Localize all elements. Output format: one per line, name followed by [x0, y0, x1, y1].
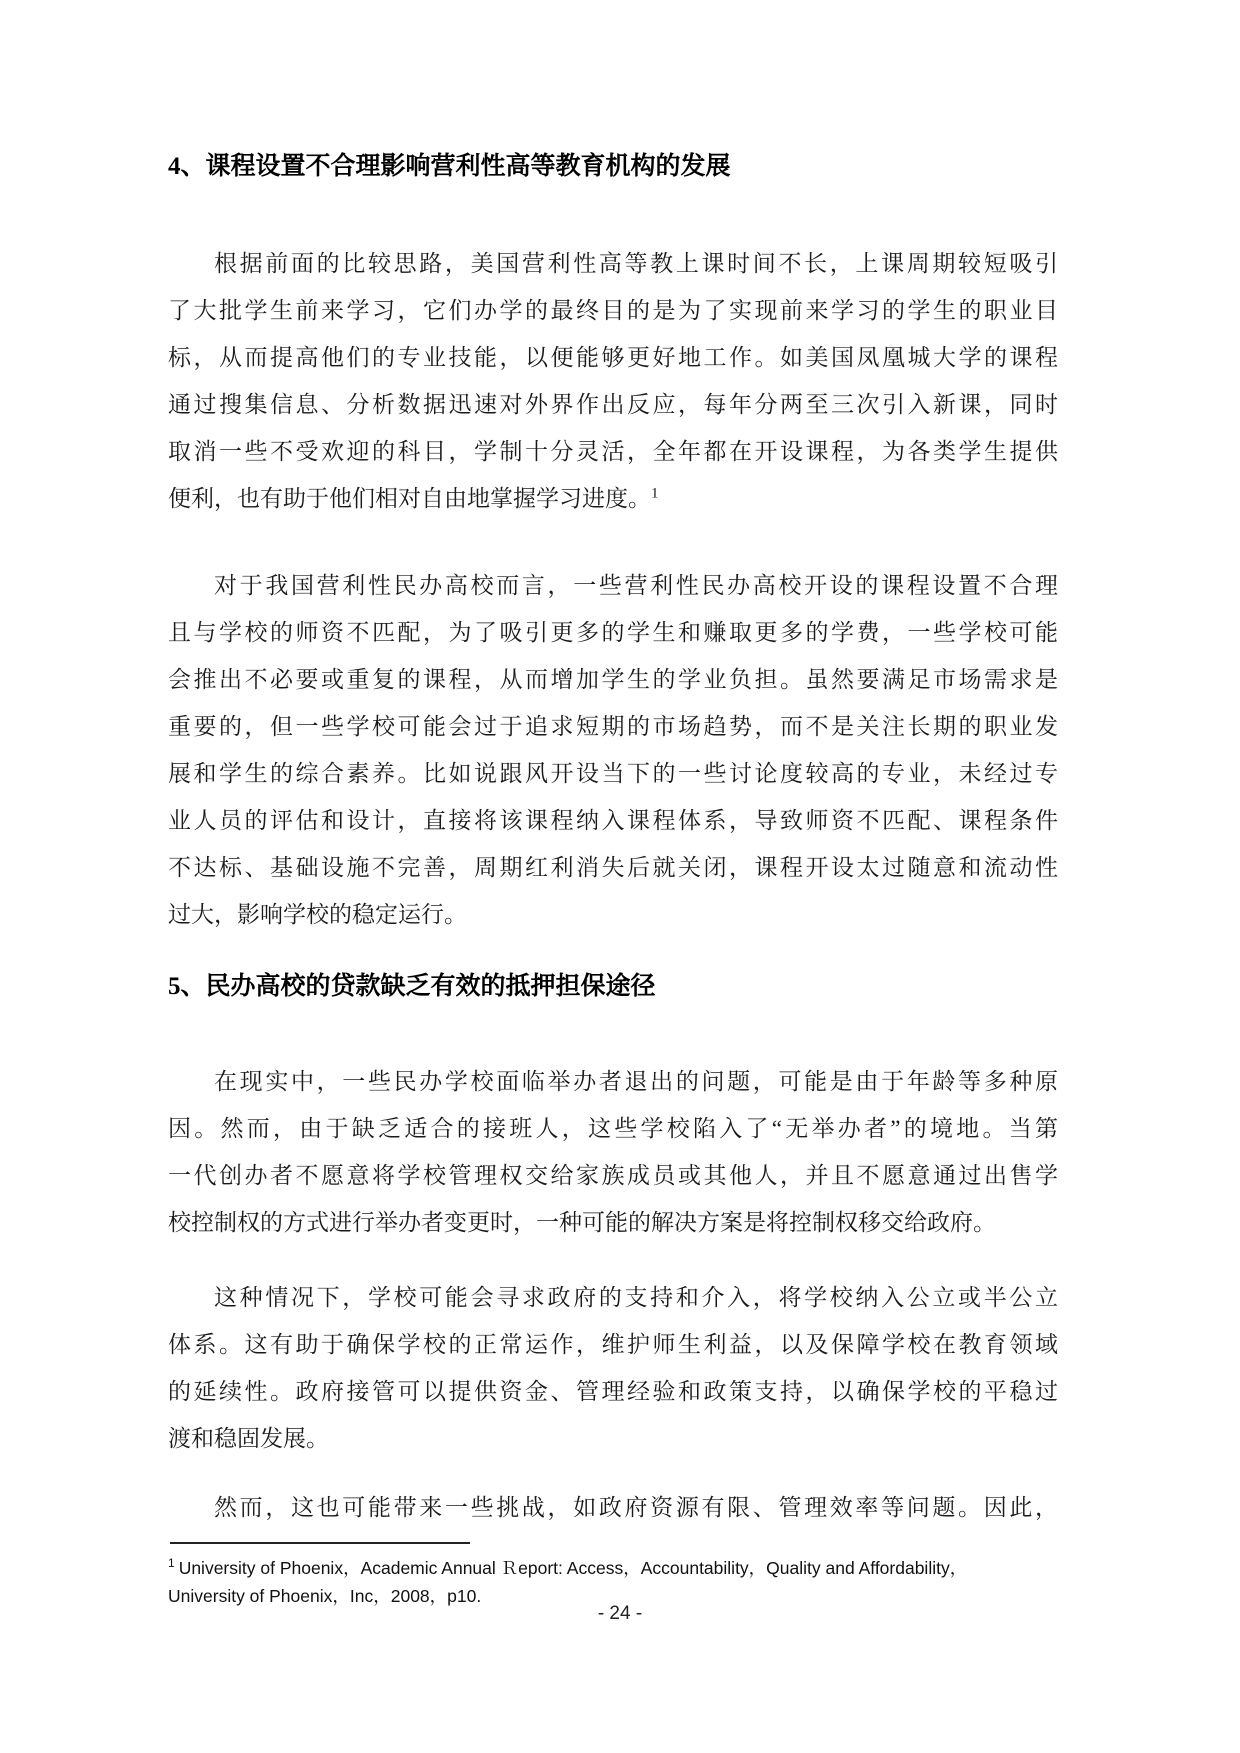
text-line: 通过搜集信息、分析数据迅速对外界作出反应，每年分两至三次引入新课，同时 — [168, 381, 1058, 428]
paragraph: 根据前面的比较思路，美国营利性高等教上课时间不长，上课周期较短吸引了大批学生前来… — [168, 240, 1058, 522]
footnote-text: University of Phoenix，Academic Annual Ｒe… — [179, 1558, 968, 1578]
text-line: 便利，也有助于他们相对自由地掌握学习进度。1 — [168, 475, 1058, 522]
text-line: 这种情况下，学校可能会寻求政府的支持和介入，将学校纳入公立或半公立 — [168, 1274, 1058, 1321]
document-page: 4、课程设置不合理影响营利性高等教育机构的发展 根据前面的比较思路，美国营利性高… — [0, 0, 1240, 1753]
text-line: 在现实中，一些民办学校面临举办者退出的问题，可能是由于年龄等多种原 — [168, 1058, 1058, 1105]
text-line: 体系。这有助于确保学校的正常运作，维护师生利益，以及保障学校在教育领域 — [168, 1321, 1058, 1368]
text-line: 根据前面的比较思路，美国营利性高等教上课时间不长，上课周期较短吸引 — [168, 240, 1058, 287]
text-line: 一代创办者不愿意将学校管理权交给家族成员或其他人，并且不愿意通过出售学 — [168, 1152, 1058, 1199]
text-line: 重要的，但一些学校可能会过于追求短期的市场趋势，而不是关注长期的职业发 — [168, 703, 1058, 750]
footnote-separator — [170, 1542, 470, 1544]
page-number: - 24 - — [0, 1600, 1240, 1628]
footnote-line: 1University of Phoenix，Academic Annual Ｒ… — [168, 1554, 1078, 1582]
footnote-marker: 1 — [168, 1556, 175, 1570]
text-line: 展和学生的综合素养。比如说跟风开设当下的一些讨论度较高的专业，未经过专 — [168, 750, 1058, 797]
text-line: 取消一些不受欢迎的科目，学制十分灵活，全年都在开设课程，为各类学生提供 — [168, 428, 1058, 475]
text-line: 业人员的评估和设计，直接将该课程纳入课程体系，导致师资不匹配、课程条件 — [168, 797, 1058, 844]
page-content: 4、课程设置不合理影响营利性高等教育机构的发展 根据前面的比较思路，美国营利性高… — [168, 150, 1058, 1531]
text-line: 因。然而，由于缺乏适合的接班人，这些学校陷入了“无举办者”的境地。当第 — [168, 1105, 1058, 1152]
paragraph: 在现实中，一些民办学校面临举办者退出的问题，可能是由于年龄等多种原因。然而，由于… — [168, 1058, 1058, 1246]
text-line: 不达标、基础设施不完善，周期红利消失后就关闭，课程开设太过随意和流动性 — [168, 844, 1058, 891]
section-heading-4: 4、课程设置不合理影响营利性高等教育机构的发展 — [168, 150, 1058, 184]
text-line: 了大批学生前来学习，它们办学的最终目的是为了实现前来学习的学生的职业目 — [168, 287, 1058, 334]
paragraph: 然而，这也可能带来一些挑战，如政府资源有限、管理效率等问题。因此， — [168, 1484, 1058, 1531]
paragraph: 这种情况下，学校可能会寻求政府的支持和介入，将学校纳入公立或半公立体系。这有助于… — [168, 1274, 1058, 1462]
text-line: 且与学校的师资不匹配，为了吸引更多的学生和赚取更多的学费，一些学校可能 — [168, 609, 1058, 656]
text-line: 校控制权的方式进行举办者变更时，一种可能的解决方案是将控制权移交给政府。 — [168, 1199, 1058, 1246]
paragraph: 对于我国营利性民办高校而言，一些营利性民办高校开设的课程设置不合理且与学校的师资… — [168, 562, 1058, 938]
text-line: 然而，这也可能带来一些挑战，如政府资源有限、管理效率等问题。因此， — [168, 1484, 1058, 1531]
text-line: 渡和稳固发展。 — [168, 1415, 1058, 1462]
text-line: 会推出不必要或重复的课程，从而增加学生的学业负担。虽然要满足市场需求是 — [168, 656, 1058, 703]
footnote-reference: 1 — [651, 485, 659, 501]
text-line: 过大，影响学校的稳定运行。 — [168, 891, 1058, 938]
section-heading-5: 5、民办高校的贷款缺乏有效的抵押担保途径 — [168, 970, 1058, 1004]
text-line: 标，从而提高他们的专业技能，以便能够更好地工作。如美国凤凰城大学的课程 — [168, 334, 1058, 381]
text-line: 的延续性。政府接管可以提供资金、管理经验和政策支持，以确保学校的平稳过 — [168, 1368, 1058, 1415]
text-line: 对于我国营利性民办高校而言，一些营利性民办高校开设的课程设置不合理 — [168, 562, 1058, 609]
